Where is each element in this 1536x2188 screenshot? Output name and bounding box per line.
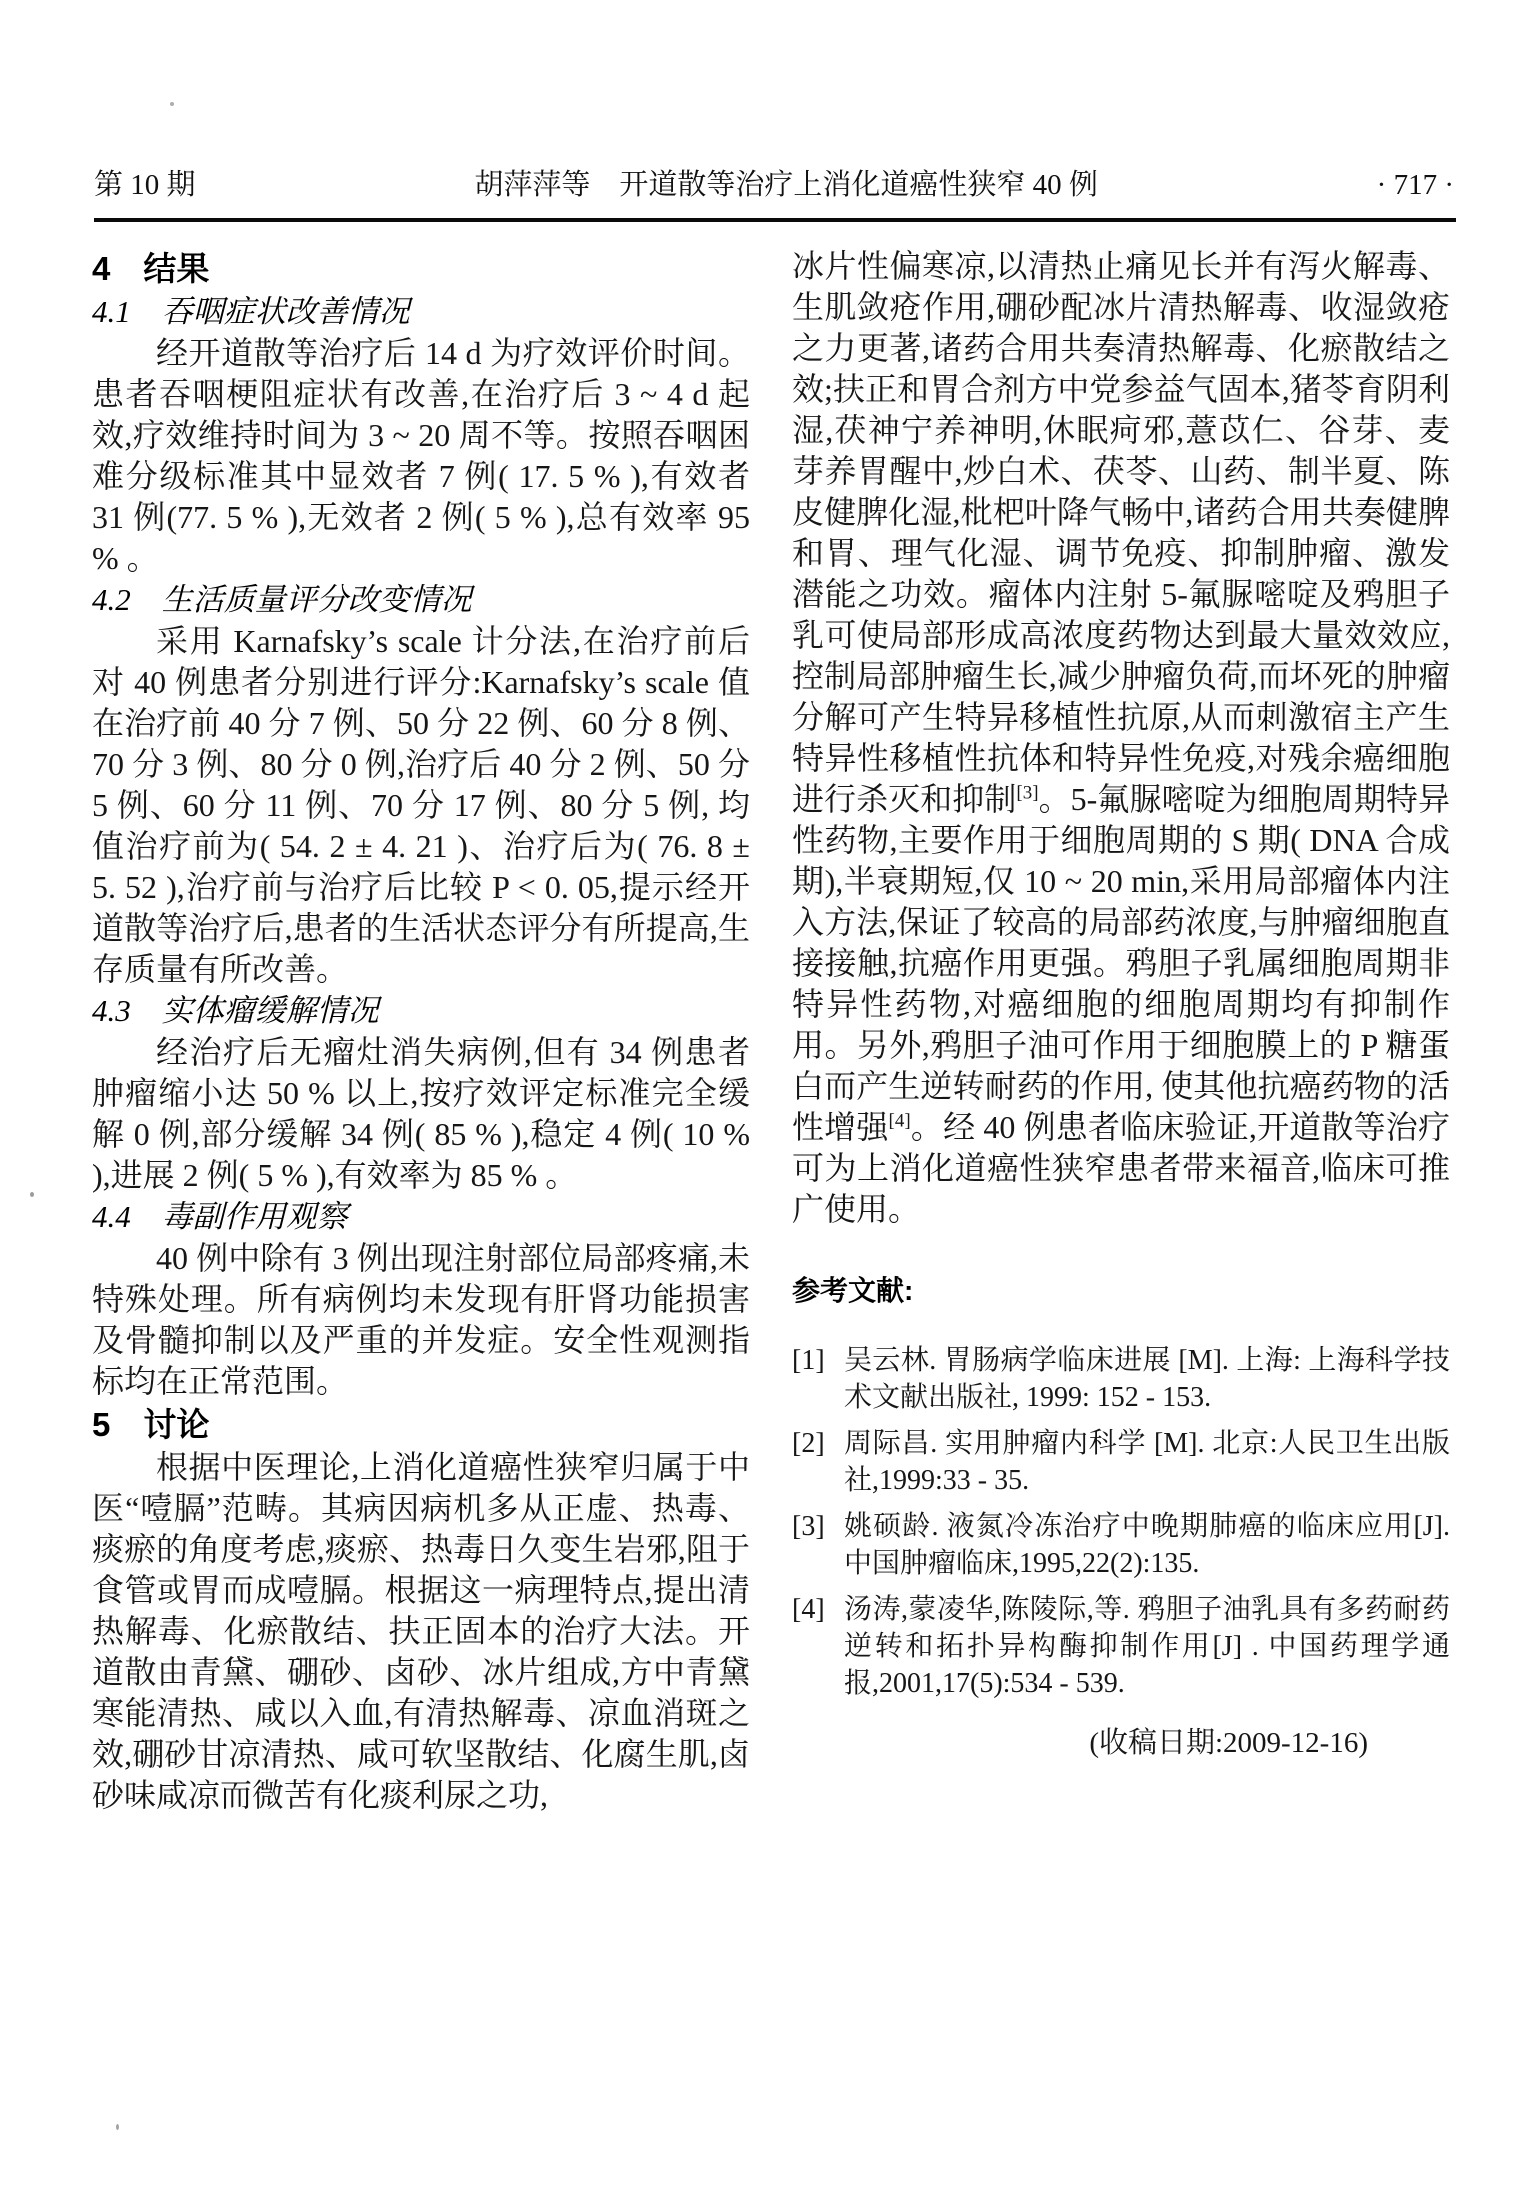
scan-speck	[30, 1192, 34, 1197]
reference-label: [4]	[792, 1591, 844, 1702]
running-title: 胡萍萍等 开道散等治疗上消化道癌性狭窄 40 例	[196, 168, 1377, 202]
section-4-1-heading: 4.1 吞咽症状改善情况	[92, 291, 750, 333]
section-4-3-heading: 4.3 实体瘤缓解情况	[92, 990, 750, 1032]
scan-speck	[170, 102, 174, 106]
running-head: 第 10 期 胡萍萍等 开道散等治疗上消化道癌性狭窄 40 例 · 717 ·	[94, 168, 1454, 202]
section-4-4-heading: 4.4 毒副作用观察	[92, 1196, 750, 1238]
citation-marker-4: [4]	[889, 1110, 911, 1131]
left-column: 4 结果 4.1 吞咽症状改善情况 经开道散等治疗后 14 d 为疗效评价时间。…	[92, 246, 750, 1816]
received-date: (收稿日期:2009-12-16)	[792, 1724, 1450, 1762]
reference-text: 姚硕龄. 液氮冷冻治疗中晚期肺癌的临床应用[J]. 中国肿瘤临床,1995,22…	[844, 1508, 1450, 1582]
reference-item: [3] 姚硕龄. 液氮冷冻治疗中晚期肺癌的临床应用[J]. 中国肿瘤临床,199…	[792, 1508, 1450, 1582]
discussion-text-run: 冰片性偏寒凉,以清热止痛见长并有泻火解毒、生肌敛疮作用,硼砂配冰片清热解毒、收湿…	[792, 248, 1450, 817]
paragraph-quality-of-life: 采用 Karnafsky’s scale 计分法,在治疗前后对 40 例患者分别…	[92, 621, 750, 990]
references-heading: 参考文献:	[792, 1274, 1450, 1308]
paragraph-swallowing-improvement: 经开道散等治疗后 14 d 为疗效评价时间。患者吞咽梗阻症状有改善,在治疗后 3…	[92, 333, 750, 579]
reference-text: 汤涛,蒙凌华,陈陵际,等. 鸦胆子油乳具有多药耐药逆转和拓扑异构酶抑制作用[J]…	[844, 1591, 1450, 1702]
section-discussion-heading: 5 讨论	[92, 1402, 750, 1447]
scan-speck	[548, 1301, 552, 1304]
reference-label: [2]	[792, 1425, 844, 1499]
reference-text: 吴云林. 胃肠病学临床进展 [M]. 上海: 上海科学技术文献出版社, 1999…	[844, 1342, 1450, 1416]
paragraph-discussion: 根据中医理论,上消化道癌性狭窄归属于中医“噎膈”范畴。其病因病机多从正虚、热毒、…	[92, 1447, 750, 1816]
reference-label: [1]	[792, 1342, 844, 1416]
paragraph-discussion-continued: 冰片性偏寒凉,以清热止痛见长并有泻火解毒、生肌敛疮作用,硼砂配冰片清热解毒、收湿…	[792, 246, 1450, 1230]
journal-page-scan: 第 10 期 胡萍萍等 开道散等治疗上消化道癌性狭窄 40 例 · 717 · …	[0, 0, 1536, 2188]
section-results-heading: 4 结果	[92, 246, 750, 291]
page-number: · 717 ·	[1377, 168, 1454, 202]
paragraph-tumor-remission: 经治疗后无瘤灶消失病例,但有 34 例患者肿瘤缩小达 50 % 以上,按疗效评定…	[92, 1032, 750, 1196]
citation-marker-3: [3]	[1016, 782, 1038, 803]
section-4-2-heading: 4.2 生活质量评分改变情况	[92, 579, 750, 621]
discussion-text-run: 。5-氟脲嘧啶为细胞周期特异性药物,主要作用于细胞周期的 S 期( DNA 合成…	[792, 781, 1450, 1145]
paragraph-toxicity: 40 例中除有 3 例出现注射部位局部疼痛,未特殊处理。所有病例均未发现有肝肾功…	[92, 1238, 750, 1402]
reference-text: 周际昌. 实用肿瘤内科学 [M]. 北京:人民卫生出版社,1999:33 - 3…	[844, 1425, 1450, 1499]
reference-label: [3]	[792, 1508, 844, 1582]
scan-speck	[116, 2124, 119, 2130]
reference-item: [2] 周际昌. 实用肿瘤内科学 [M]. 北京:人民卫生出版社,1999:33…	[792, 1425, 1450, 1499]
reference-item: [4] 汤涛,蒙凌华,陈陵际,等. 鸦胆子油乳具有多药耐药逆转和拓扑异构酶抑制作…	[792, 1591, 1450, 1702]
references-list: [1] 吴云林. 胃肠病学临床进展 [M]. 上海: 上海科学技术文献出版社, …	[792, 1342, 1450, 1702]
reference-item: [1] 吴云林. 胃肠病学临床进展 [M]. 上海: 上海科学技术文献出版社, …	[792, 1342, 1450, 1416]
issue-label: 第 10 期	[94, 168, 196, 202]
header-rule	[94, 218, 1456, 222]
right-column: 冰片性偏寒凉,以清热止痛见长并有泻火解毒、生肌敛疮作用,硼砂配冰片清热解毒、收湿…	[792, 246, 1450, 1762]
